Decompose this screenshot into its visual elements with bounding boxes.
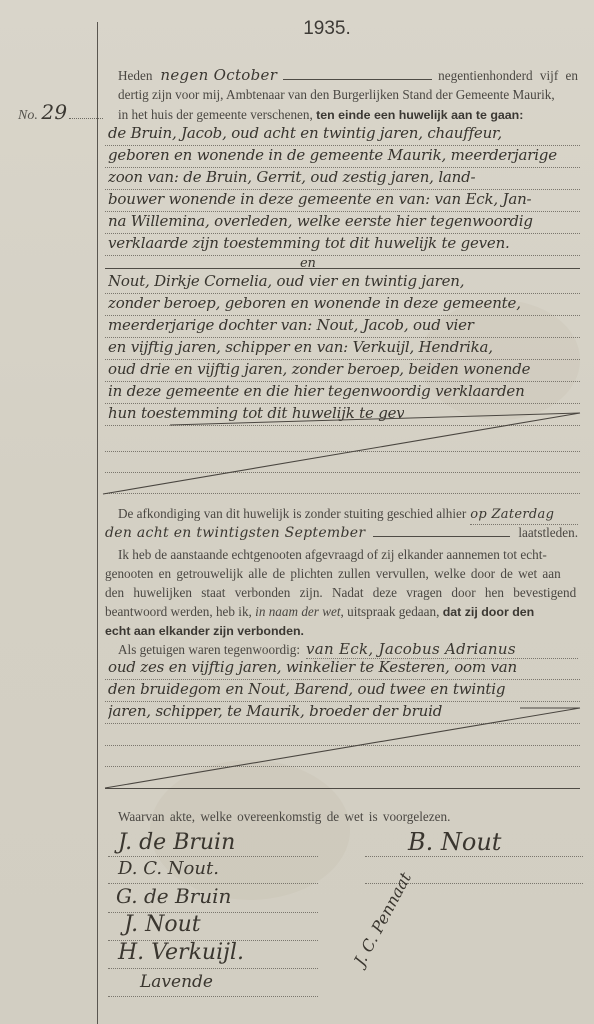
document-page: 1935. No. 29 Heden negen October negenti… xyxy=(0,0,594,1024)
blank-space-strike-lines xyxy=(0,0,594,1024)
